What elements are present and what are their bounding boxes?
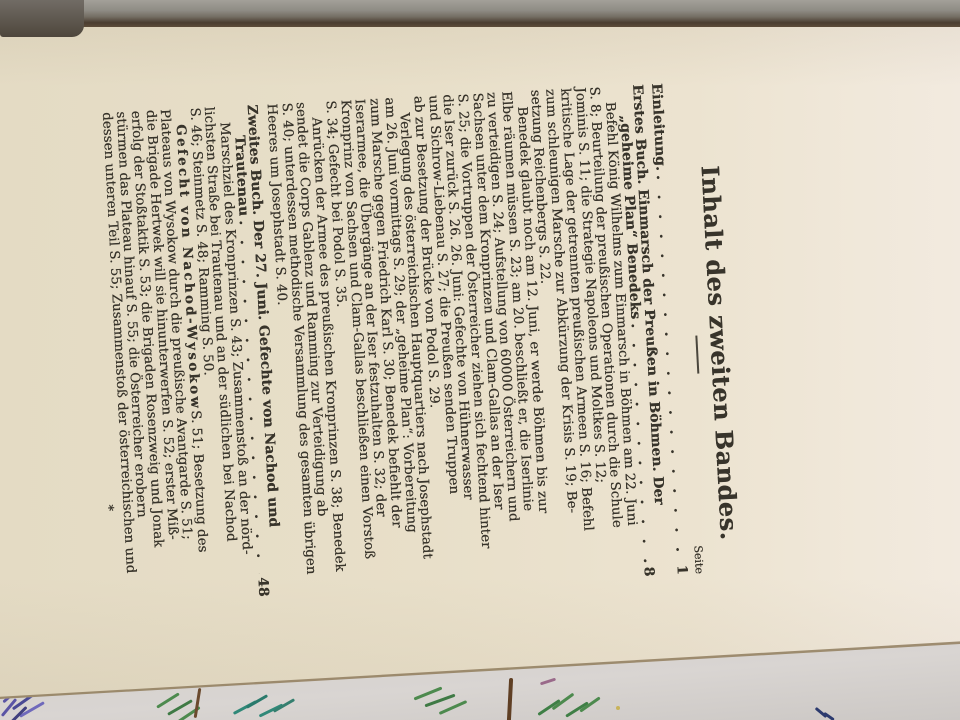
book-photo: Inhalt des zweiten Bandes. Seite Einleit… [0,0,960,720]
toc-list: Einleitung.. . . . . . . . . . . . . . .… [98,83,689,604]
toc-line-text: Einleitung. [648,83,667,171]
title-rule [695,335,699,373]
toc-content: Inhalt des zweiten Bandes. Seite Einleit… [21,80,749,661]
page-number: 48 [254,577,270,597]
book-page: Inhalt des zweiten Bandes. Seite Einleit… [0,0,960,720]
page-number: 8 [640,566,655,577]
page-number: 1 [674,565,689,576]
book-edge-shadow [0,0,960,27]
